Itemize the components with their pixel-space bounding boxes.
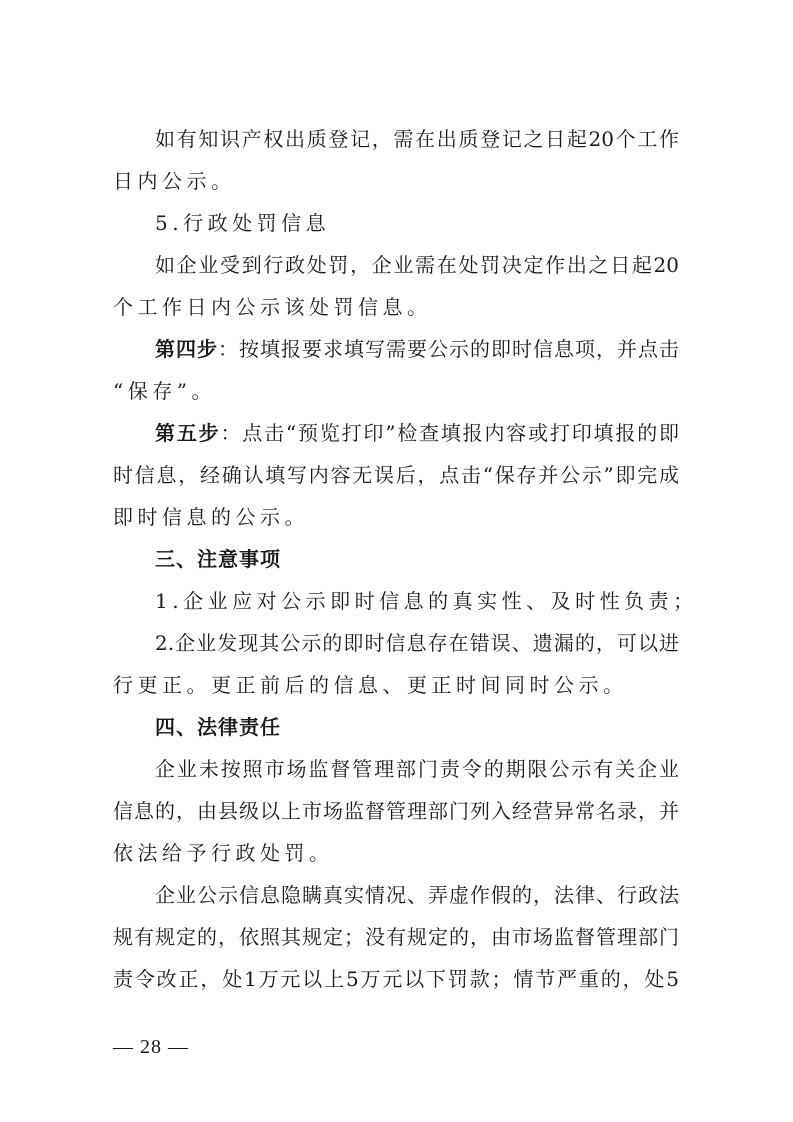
paragraph-line: 企业未按照市场监督管理部门责令的期限公示有关企业 xyxy=(155,754,679,784)
paragraph-line: 行更正。更正前后的信息、更正时间同时公示。 xyxy=(113,670,679,700)
paragraph-line: 信息的，由县级以上市场监督管理部门列入经营异常名录，并 xyxy=(113,796,679,826)
paragraph-line: 即时信息的公示。 xyxy=(113,502,679,532)
section-heading: 三、注意事项 xyxy=(155,544,679,574)
step-five-line: 第五步：点击“预览打印”检查填报内容或打印填报的即 xyxy=(155,418,679,448)
paragraph-line: 日内公示。 xyxy=(113,166,679,196)
paragraph-line: “保存”。 xyxy=(113,376,679,406)
paragraph-line: 依法给予行政处罚。 xyxy=(113,838,679,868)
step-text: ：点击“预览打印”检查填报内容或打印填报的即 xyxy=(220,421,679,445)
section-heading: 四、法律责任 xyxy=(155,712,679,742)
step-label: 第五步 xyxy=(155,421,220,445)
paragraph-line: 规有规定的，依照其规定；没有规定的，由市场监督管理部门 xyxy=(113,922,679,952)
paragraph-line: 责令改正，处1万元以上5万元以下罚款；情节严重的，处5 xyxy=(113,964,679,994)
list-item: 2.企业发现其公示的即时信息存在错误、遗漏的，可以进 xyxy=(155,628,679,658)
paragraph-line: 如企业受到行政处罚，企业需在处罚决定作出之日起20 xyxy=(155,250,679,280)
paragraph-line: 企业公示信息隐瞒真实情况、弄虚作假的，法律、行政法 xyxy=(155,880,679,910)
step-text: ：按填报要求填写需要公示的即时信息项，并点击 xyxy=(218,337,679,361)
step-four-line: 第四步：按填报要求填写需要公示的即时信息项，并点击 xyxy=(155,334,679,364)
page-number: — 28 — xyxy=(113,1036,189,1059)
subsection-title: 5.行政处罚信息 xyxy=(155,208,679,238)
paragraph-line: 时信息，经确认填写内容无误后，点击“保存并公示”即完成 xyxy=(113,460,679,490)
paragraph-line: 个工作日内公示该处罚信息。 xyxy=(113,292,679,322)
paragraph-line: 如有知识产权出质登记，需在出质登记之日起20个工作 xyxy=(155,124,679,154)
step-label: 第四步 xyxy=(155,337,218,361)
document-page: 如有知识产权出质登记，需在出质登记之日起20个工作 日内公示。 5.行政处罚信息… xyxy=(0,0,793,1122)
list-item: 1.企业应对公示即时信息的真实性、及时性负责； xyxy=(155,586,679,616)
